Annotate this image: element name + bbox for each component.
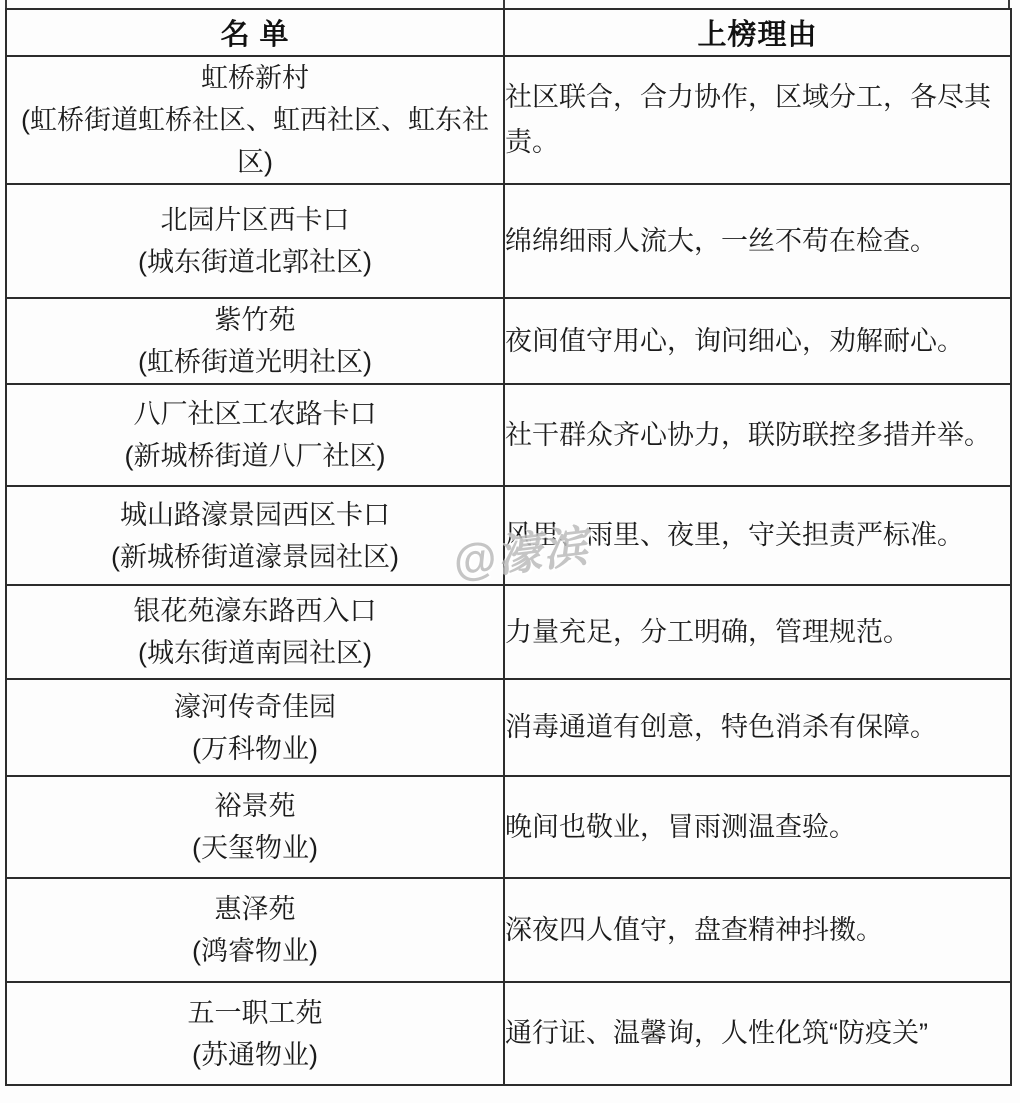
site-affiliation: (虹桥街道光明社区) (7, 341, 503, 383)
site-name: 紫竹苑 (7, 299, 503, 341)
site-name: 濠河传奇佳园 (7, 686, 503, 728)
name-cell: 濠河传奇佳园 (万科物业) (6, 679, 504, 776)
name-cell: 北园片区西卡口 (城东街道北郭社区) (6, 184, 504, 298)
reason-cell: 消毒通道有创意，特色消杀有保障。 (504, 679, 1011, 776)
site-affiliation: (天玺物业) (7, 827, 503, 869)
reason-cell: 通行证、温馨询，人性化筑“防疫关” (504, 982, 1011, 1085)
table-row: 紫竹苑 (虹桥街道光明社区) 夜间值守用心，询问细心，劝解耐心。 (6, 298, 1011, 384)
name-cell: 银花苑濠东路西入口 (城东街道南园社区) (6, 585, 504, 679)
name-cell: 虹桥新村 (虹桥街道虹桥社区、虹西社区、虹东社区) (6, 56, 504, 184)
site-affiliation: (虹桥街道虹桥社区、虹西社区、虹东社区) (7, 99, 503, 183)
column-header-reason: 上榜理由 (504, 9, 1011, 56)
site-name: 城山路濠景园西区卡口 (7, 494, 503, 536)
reason-cell: 力量充足，分工明确，管理规范。 (504, 585, 1011, 679)
table-row: 北园片区西卡口 (城东街道北郭社区) 绵绵细雨人流大，一丝不苟在检查。 (6, 184, 1011, 298)
site-affiliation: (城东街道北郭社区) (7, 241, 503, 283)
site-affiliation: (鸿睿物业) (7, 930, 503, 972)
table-row: 银花苑濠东路西入口 (城东街道南园社区) 力量充足，分工明确，管理规范。 (6, 585, 1011, 679)
table-row: 虹桥新村 (虹桥街道虹桥社区、虹西社区、虹东社区) 社区联合，合力协作，区域分工… (6, 56, 1011, 184)
reason-cell: 风里、雨里、夜里，守关担责严标准。 (504, 486, 1011, 585)
reason-cell: 晚间也敬业，冒雨测温查验。 (504, 776, 1011, 878)
name-cell: 八厂社区工农路卡口 (新城桥街道八厂社区) (6, 384, 504, 486)
table-row: 城山路濠景园西区卡口 (新城桥街道濠景园社区) 风里、雨里、夜里，守关担责严标准… (6, 486, 1011, 585)
site-name: 虹桥新村 (7, 57, 503, 99)
site-affiliation: (万科物业) (7, 728, 503, 770)
header-row: 名 单 上榜理由 (6, 9, 1011, 56)
reason-cell: 夜间值守用心，询问细心，劝解耐心。 (504, 298, 1011, 384)
name-cell: 惠泽苑 (鸿睿物业) (6, 878, 504, 982)
table-row: 裕景苑 (天玺物业) 晚间也敬业，冒雨测温查验。 (6, 776, 1011, 878)
name-cell: 五一职工苑 (苏通物业) (6, 982, 504, 1085)
table-row: 濠河传奇佳园 (万科物业) 消毒通道有创意，特色消杀有保障。 (6, 679, 1011, 776)
name-cell: 城山路濠景园西区卡口 (新城桥街道濠景园社区) (6, 486, 504, 585)
reason-cell: 深夜四人值守，盘查精神抖擞。 (504, 878, 1011, 982)
site-name: 惠泽苑 (7, 888, 503, 930)
site-name: 银花苑濠东路西入口 (7, 590, 503, 632)
reason-cell: 绵绵细雨人流大，一丝不苟在检查。 (504, 184, 1011, 298)
site-name: 八厂社区工农路卡口 (7, 393, 503, 435)
site-affiliation: (城东街道南园社区) (7, 632, 503, 674)
name-cell: 紫竹苑 (虹桥街道光明社区) (6, 298, 504, 384)
table-row: 五一职工苑 (苏通物业) 通行证、温馨询，人性化筑“防疫关” (6, 982, 1011, 1085)
reason-cell: 社干群众齐心协力，联防联控多措并举。 (504, 384, 1011, 486)
column-header-name: 名 单 (6, 9, 504, 56)
table-row: 八厂社区工农路卡口 (新城桥街道八厂社区) 社干群众齐心协力，联防联控多措并举。 (6, 384, 1011, 486)
site-affiliation: (新城桥街道八厂社区) (7, 435, 503, 477)
name-cell: 裕景苑 (天玺物业) (6, 776, 504, 878)
site-affiliation: (新城桥街道濠景园社区) (7, 536, 503, 578)
recognition-table: 名 单 上榜理由 虹桥新村 (虹桥街道虹桥社区、虹西社区、虹东社区) 社区联合，… (5, 8, 1012, 1086)
site-affiliation: (苏通物业) (7, 1034, 503, 1076)
table-row: 惠泽苑 (鸿睿物业) 深夜四人值守，盘查精神抖擞。 (6, 878, 1011, 982)
site-name: 北园片区西卡口 (7, 199, 503, 241)
site-name: 五一职工苑 (7, 992, 503, 1034)
recognition-table-page: 名 单 上榜理由 虹桥新村 (虹桥街道虹桥社区、虹西社区、虹东社区) 社区联合，… (0, 0, 1020, 1103)
reason-cell: 社区联合，合力协作，区域分工，各尽其责。 (504, 56, 1011, 184)
site-name: 裕景苑 (7, 785, 503, 827)
